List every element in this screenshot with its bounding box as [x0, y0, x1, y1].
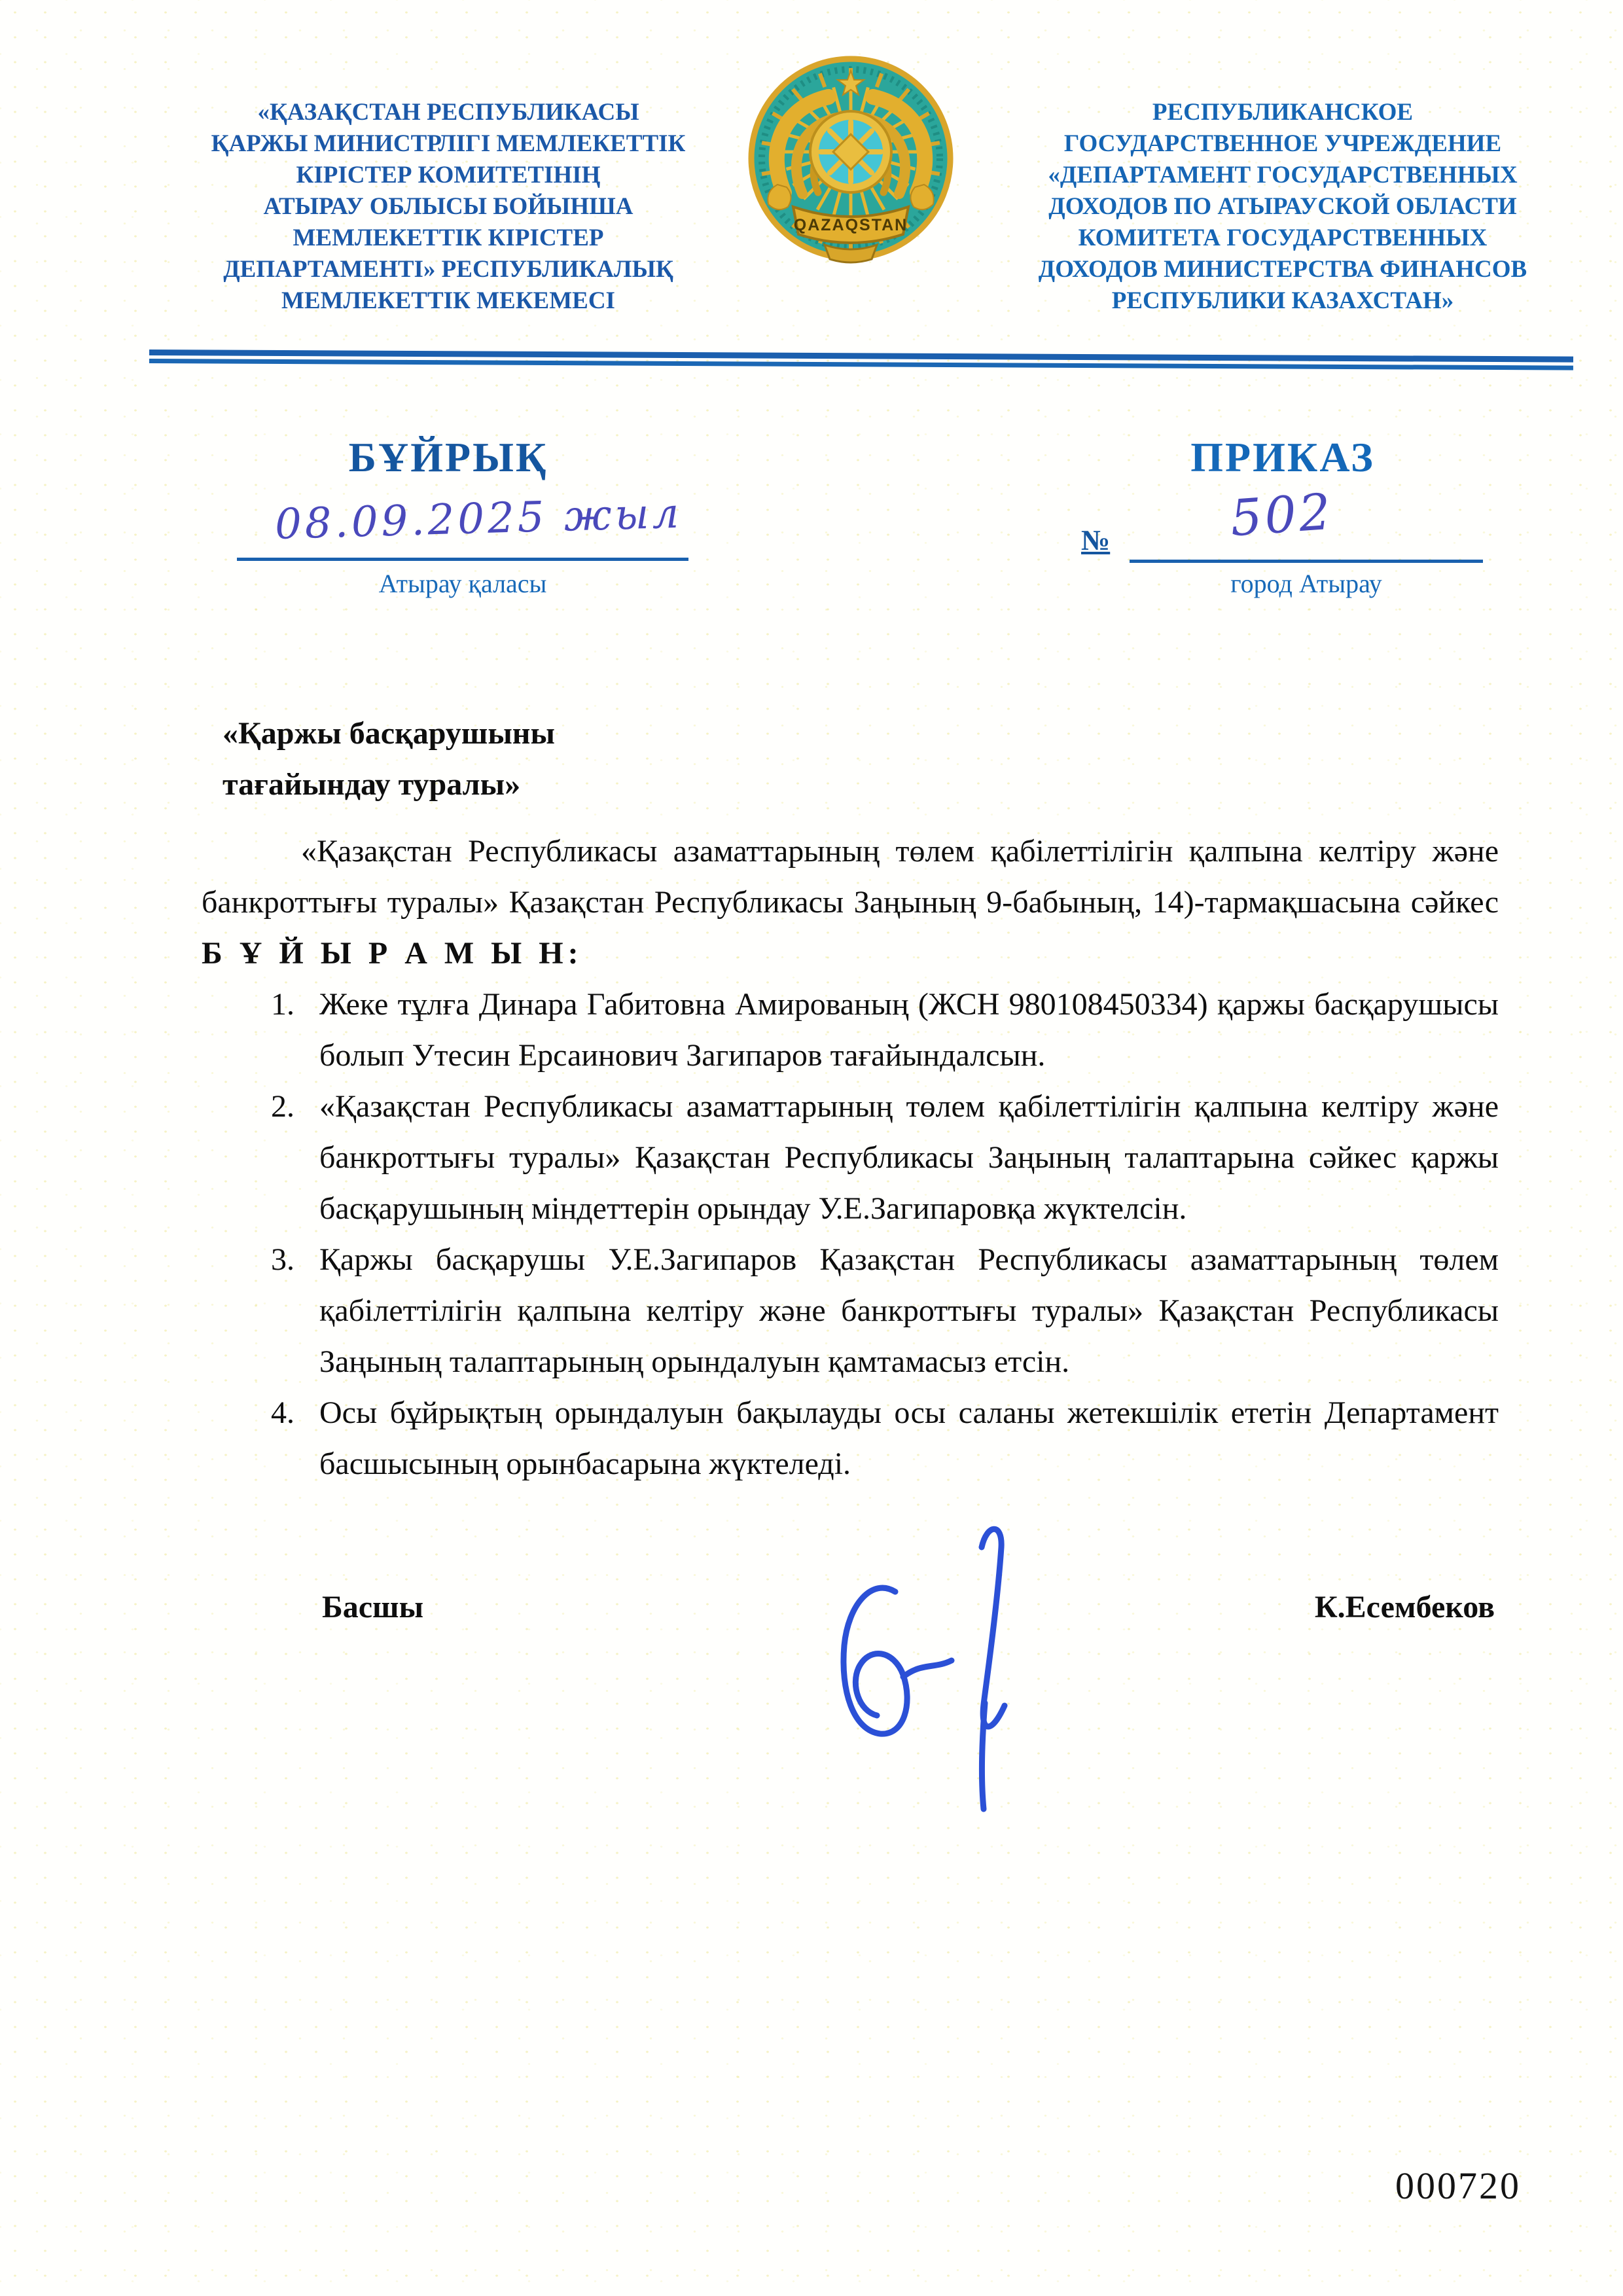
- order-item-1: 1.Жеке тұлға Динара Габитовна Амированың…: [202, 979, 1499, 1081]
- handwritten-order-number: 502: [1228, 482, 1335, 548]
- org-name-russian: РЕСПУБЛИКАНСКОЕ ГОСУДАРСТВЕННОЕ УЧРЕЖДЕН…: [995, 97, 1571, 317]
- item-number: 2.: [271, 1081, 294, 1132]
- intro-emphasis: Б Ұ Й Ы Р А М Ы Н:: [202, 936, 583, 971]
- item-text: «Қазақстан Республикасы азаматтарының тө…: [319, 1089, 1499, 1226]
- handwritten-date: 08.09.2025 жыл: [274, 489, 694, 549]
- order-item-3: 3.Қаржы басқарушы У.Е.Загипаров Қазақста…: [202, 1234, 1499, 1388]
- place-kazakh: Атырау қаласы: [237, 568, 688, 599]
- item-text: Қаржы басқарушы У.Е.Загипаров Қазақстан …: [319, 1242, 1499, 1379]
- item-number: 4.: [271, 1388, 294, 1439]
- item-text: Жеке тұлға Динара Габитовна Амированың (…: [319, 987, 1499, 1073]
- form-serial-number: 000720: [1395, 2164, 1521, 2208]
- order-body: «Қазақстан Республикасы азаматтарының тө…: [202, 826, 1499, 1490]
- item-text: Осы бұйрықтың орындалуын бақылауды осы с…: [319, 1395, 1499, 1481]
- item-number: 1.: [271, 979, 294, 1030]
- date-underline: [237, 558, 688, 561]
- order-title-russian: ПРИКАЗ: [995, 433, 1571, 482]
- signer-position: Басшы: [322, 1589, 423, 1625]
- order-item-2: 2.«Қазақстан Республикасы азаматтарының …: [202, 1081, 1499, 1234]
- place-russian: город Атырау: [1130, 568, 1483, 599]
- order-subject: «Қаржы басқарушыны тағайындау туралы»: [223, 708, 811, 810]
- number-underline: [1130, 560, 1483, 563]
- order-item-4: 4.Осы бұйрықтың орындалуын бақылауды осы…: [202, 1388, 1499, 1490]
- intro-paragraph: «Қазақстан Республикасы азаматтарының тө…: [202, 826, 1499, 979]
- document-page: «ҚАЗАҚСТАН РЕСПУБЛИКАСЫ ҚАРЖЫ МИНИСТРЛІГ…: [0, 0, 1623, 2296]
- item-number: 3.: [271, 1234, 294, 1285]
- org-name-kazakh: «ҚАЗАҚСТАН РЕСПУБЛИКАСЫ ҚАРЖЫ МИНИСТРЛІГ…: [164, 97, 733, 317]
- handwritten-signature: [785, 1505, 1060, 1833]
- order-title-kazakh: БҰЙРЫҚ: [164, 433, 733, 482]
- kazakhstan-emblem-icon: QAZAQSTAN: [746, 54, 955, 270]
- emblem-banner-text: QAZAQSTAN: [794, 216, 908, 234]
- signer-name: К.Есембеков: [1315, 1589, 1495, 1625]
- number-sign: №: [1081, 524, 1110, 557]
- intro-text: «Қазақстан Республикасы азаматтарының тө…: [202, 834, 1499, 920]
- header-divider: [149, 350, 1573, 371]
